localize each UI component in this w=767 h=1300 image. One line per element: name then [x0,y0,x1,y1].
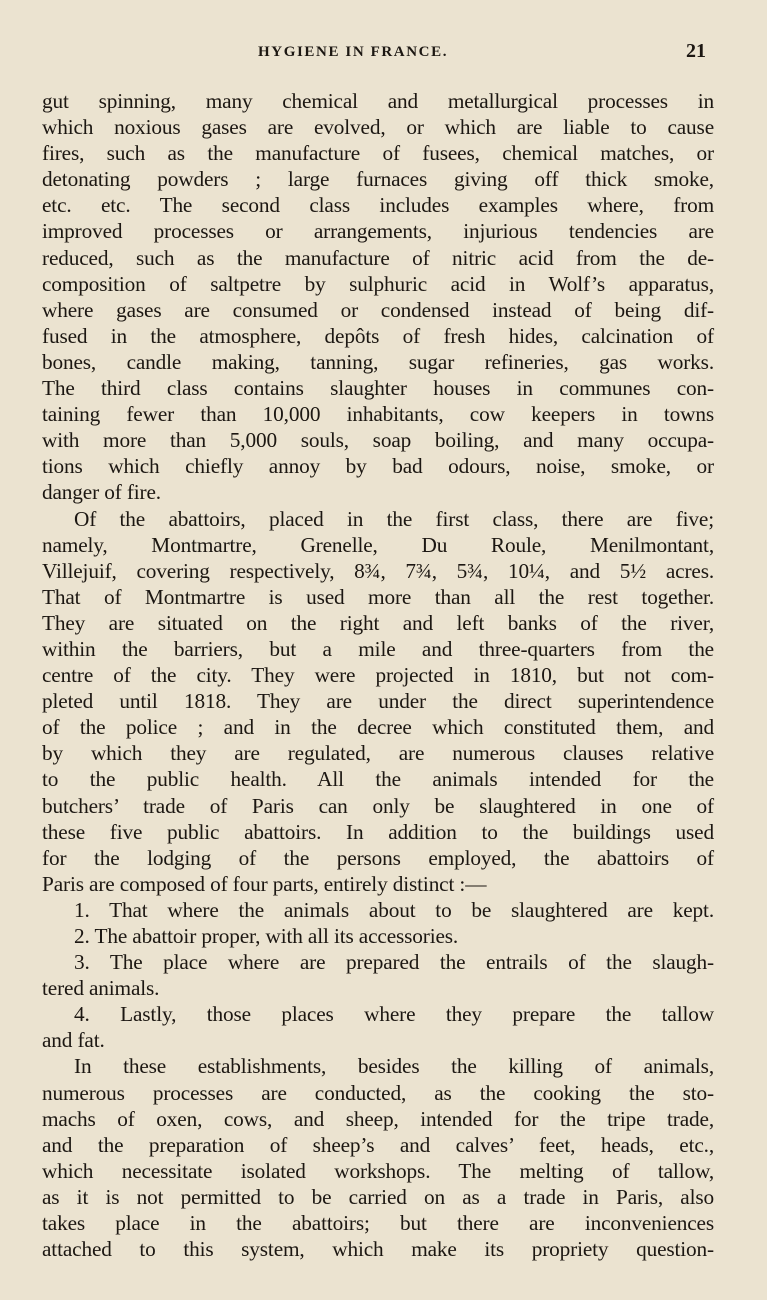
text-line: within the barriers, but a mile and thre… [42,636,714,662]
text-line: butchers’ trade of Paris can only be sla… [42,793,714,819]
body-text: gut spinning, many chemical and metallur… [42,88,714,1262]
list-item-4: 4. Lastly, those places where they prepa… [42,1001,714,1027]
text-line: for the lodging of the persons employed,… [42,845,714,871]
text-line: The third class contains slaughter house… [42,375,714,401]
list-item-2: 2. The abattoir proper, with all its acc… [42,923,714,949]
list-item-4-continued: and fat. [42,1027,714,1053]
text-line: and the preparation of sheep’s and calve… [42,1132,714,1158]
text-line: bones, candle making, tanning, sugar ref… [42,349,714,375]
paragraph-end-line: danger of fire. [42,479,714,505]
paragraph-start-line: In these establishments, besides the kil… [42,1053,714,1079]
text-line: improved processes or arrangements, inju… [42,218,714,244]
paragraph-start-line: Of the abattoirs, placed in the first cl… [42,506,714,532]
text-line: Villejuif, covering respectively, 8¾, 7¾… [42,558,714,584]
text-line: where gases are consumed or condensed in… [42,297,714,323]
text-line: takes place in the abattoirs; but there … [42,1210,714,1236]
text-line: to the public health. All the animals in… [42,766,714,792]
text-line: numerous processes are conducted, as the… [42,1080,714,1106]
text-line: machs of oxen, cows, and sheep, intended… [42,1106,714,1132]
text-line: They are situated on the right and left … [42,610,714,636]
book-page: HYGIENE IN FRANCE. 21 gut spinning, many… [0,0,767,1300]
list-item-3-continued: tered animals. [42,975,714,1001]
page-number: 21 [686,40,706,63]
text-line: pleted until 1818. They are under the di… [42,688,714,714]
list-item-3: 3. The place where are prepared the entr… [42,949,714,975]
text-line: fused in the atmosphere, depôts of fresh… [42,323,714,349]
paragraph-end-line: Paris are composed of four parts, entire… [42,871,714,897]
text-line: tions which chiefly annoy by bad odours,… [42,453,714,479]
text-line: detonating powders ; large furnaces givi… [42,166,714,192]
text-line: which noxious gases are evolved, or whic… [42,114,714,140]
text-line: fires, such as the manufacture of fusees… [42,140,714,166]
text-line: with more than 5,000 souls, soap boiling… [42,427,714,453]
text-line: as it is not permitted to be carried on … [42,1184,714,1210]
text-line: which necessitate isolated workshops. Th… [42,1158,714,1184]
list-item-1: 1. That where the animals about to be sl… [42,897,714,923]
text-line: etc. etc. The second class includes exam… [42,192,714,218]
running-title: HYGIENE IN FRANCE. [258,44,448,61]
text-line: centre of the city. They were projected … [42,662,714,688]
text-line: these five public abattoirs. In addition… [42,819,714,845]
text-line: attached to this system, which make its … [42,1236,714,1262]
text-line: composition of saltpetre by sulphuric ac… [42,271,714,297]
text-line: of the police ; and in the decree which … [42,714,714,740]
text-line: by which they are regulated, are numerou… [42,740,714,766]
page-header: HYGIENE IN FRANCE. 21 [0,40,767,66]
text-line: taining fewer than 10,000 inhabitants, c… [42,401,714,427]
text-line: That of Montmartre is used more than all… [42,584,714,610]
text-line: gut spinning, many chemical and metallur… [42,88,714,114]
text-line: namely, Montmartre, Grenelle, Du Roule, … [42,532,714,558]
text-line: reduced, such as the manufacture of nitr… [42,245,714,271]
